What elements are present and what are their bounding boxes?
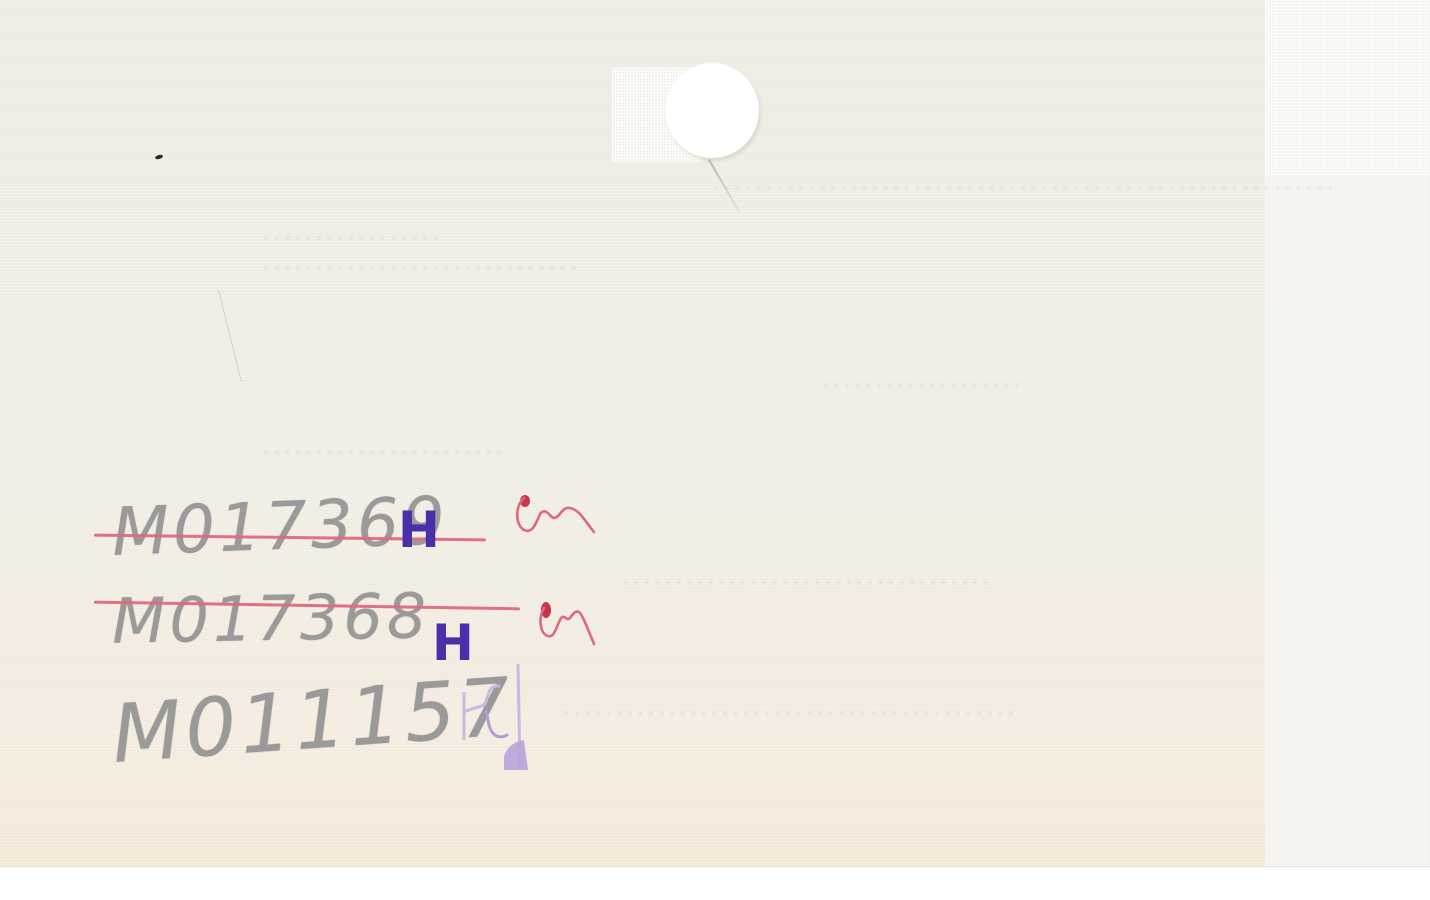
inventory-number-3: M011157 [109, 660, 517, 781]
scan-artifact-top-right [1265, 0, 1430, 175]
punch-hole [665, 63, 759, 158]
red-initials-signature-2 [536, 594, 606, 654]
red-initials-signature-1 [510, 490, 600, 550]
bleed-through-line: .............................. [260, 245, 577, 276]
bleed-through-line: ....................... [260, 430, 503, 461]
inventory-number-2: M017368 [111, 579, 430, 658]
ink-dot [155, 154, 164, 160]
bleed-through-line: ................................... [620, 560, 990, 591]
pink-pencil-trace [218, 290, 242, 382]
page: ........................................… [0, 0, 1430, 900]
bleed-through-line: ........................................… [710, 165, 1334, 196]
violet-stamp-mark [458, 660, 532, 772]
bleed-through-line: ........................................… [560, 690, 1015, 721]
bleed-through-line: ................. [260, 215, 440, 246]
bleed-through-line: ................... [820, 362, 1021, 393]
purple-h-mark-1: H [398, 505, 440, 555]
catalog-card: ........................................… [0, 0, 1430, 866]
